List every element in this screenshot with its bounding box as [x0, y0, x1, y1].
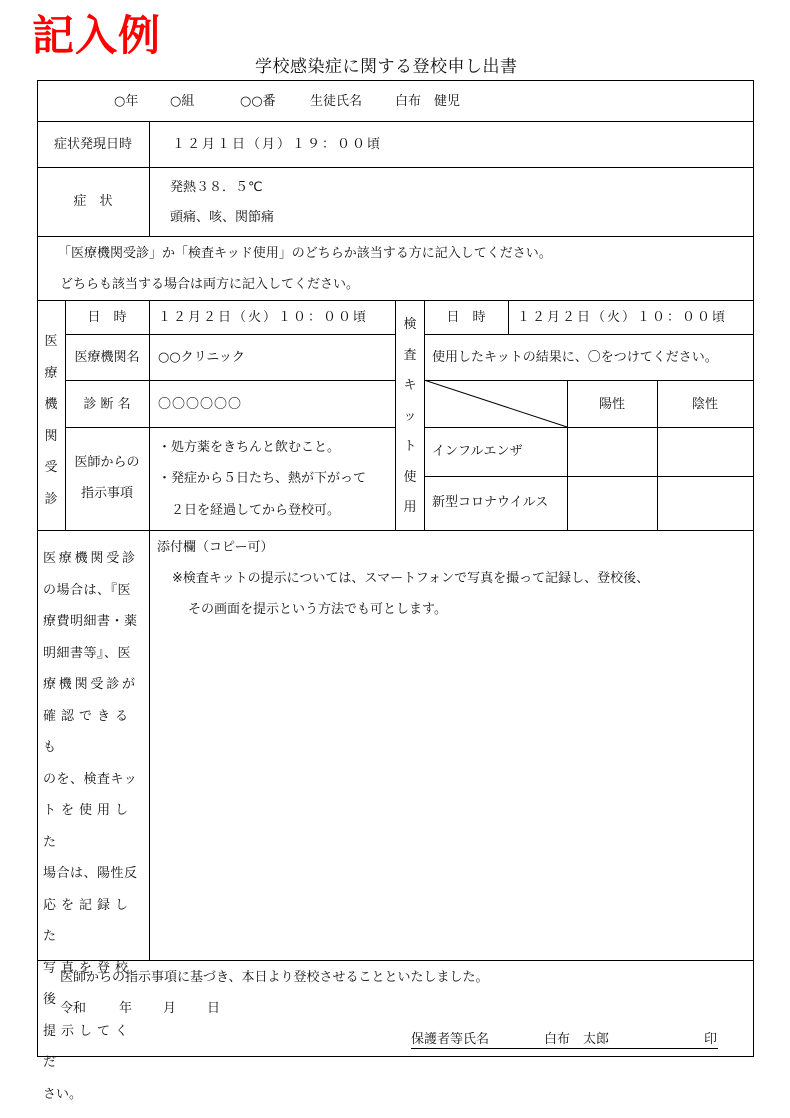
medical-datetime-value[interactable]: １２月２日（火）１０：００頃 [158, 310, 368, 326]
student-year[interactable]: ○年 [114, 94, 138, 110]
row-divider [424, 334, 754, 335]
student-number[interactable]: ○○番 [240, 94, 276, 110]
influenza-negative-cell[interactable] [658, 428, 753, 476]
notice-line-2: どちらも該当する場合は両方に記入してください。 [60, 277, 359, 293]
attachment-note-line-1: ※検査キットの提示については、スマートフォンで写真を撮って記録し、登校後、 [172, 571, 649, 587]
document-title: 学校感染症に関する登校申し出書 [255, 56, 518, 78]
col-divider [508, 300, 509, 334]
kit-row-influenza: インフルエンザ [432, 444, 522, 460]
sample-stamp: 記入例 [32, 12, 161, 60]
symptoms-label: 症 状 [37, 194, 149, 210]
instruction-line[interactable]: ２日を経過してから登校可。 [158, 503, 340, 519]
col-header-positive: 陽性 [567, 397, 657, 413]
border-right [753, 80, 754, 1057]
col-divider [149, 121, 150, 236]
attachment-area[interactable] [150, 620, 753, 960]
influenza-positive-cell[interactable] [568, 428, 657, 476]
day-label[interactable]: 日 [207, 1001, 220, 1017]
footer-statement: 医師からの指示事項に基づき、本日より登校させることといたしました。 [60, 970, 488, 986]
diagnosis-label: 診 断 名 [65, 397, 149, 413]
diagonal-line [424, 380, 568, 428]
institution-value[interactable]: ○○クリニック [158, 350, 245, 366]
row-divider [37, 121, 754, 122]
kit-datetime-value[interactable]: １２月２日（火）１０：００頃 [517, 310, 727, 326]
instruction-line[interactable]: ・発症から５日たち、熱が下がって [158, 471, 366, 487]
onset-value[interactable]: １２月１日（月）１９：００頃 [172, 137, 382, 153]
medical-section-label: 医 療 機 関 受 診 [37, 326, 65, 515]
instruction-line[interactable]: ・処方薬をきちんと飲むこと。 [158, 440, 340, 456]
kit-instruction: 使用したキットの結果に、〇をつけてください。 [432, 350, 718, 366]
row-divider [65, 427, 395, 428]
instructions-label-1: 医師からの [65, 455, 149, 471]
row-divider [37, 167, 754, 168]
border-top [37, 80, 754, 81]
kit-datetime-label: 日 時 [424, 310, 508, 326]
col-header-negative: 陰性 [657, 397, 753, 413]
institution-label: 医療機関名 [65, 350, 149, 366]
row-divider [65, 334, 395, 335]
row-divider [37, 530, 754, 531]
row-divider [65, 380, 395, 381]
border-left [37, 80, 38, 1057]
instructions-label-2: 指示事項 [65, 486, 149, 502]
diagnosis-value[interactable]: 〇〇〇〇〇〇 [158, 397, 242, 413]
notice-line-1: 「医療機関受診」か「検査キッド使用」のどちらか該当する方に記入してください。 [58, 246, 552, 262]
covid-positive-cell[interactable] [568, 477, 657, 530]
student-class[interactable]: ○組 [170, 94, 194, 110]
guardian-label: 保護者等氏名 [411, 1032, 489, 1048]
covid-negative-cell[interactable] [658, 477, 753, 530]
guardian-name[interactable]: 白布 太郎 [544, 1032, 609, 1048]
symptom-line[interactable]: 発熱３８．５℃ [170, 180, 263, 196]
medical-datetime-label: 日 時 [65, 310, 149, 326]
attachment-side-note: 医療機関受診 の場合は、『医 療費明細書・薬 明細書等』、医 療機関受診が 確認… [43, 543, 147, 1110]
era-label: 令和 [60, 1001, 86, 1017]
year-label[interactable]: 年 [119, 1001, 132, 1017]
signature-underline [411, 1048, 718, 1049]
onset-label: 症状発現日時 [37, 137, 149, 153]
student-name-value[interactable]: 白布 健児 [395, 94, 460, 110]
col-divider [149, 300, 150, 530]
seal-mark: 印 [704, 1032, 717, 1048]
student-name-label: 生徒氏名 [310, 94, 362, 110]
symptom-line[interactable]: 頭痛、咳、関節痛 [170, 210, 274, 226]
attachment-note-line-2: その画面を提示という方法でも可とします。 [188, 602, 447, 618]
kit-row-covid: 新型コロナウイルス [432, 495, 548, 511]
kit-section-label: 検 査 キ ッ ト 使 用 [396, 310, 424, 524]
attachment-header: 添付欄（コピー可） [157, 540, 273, 556]
row-divider [37, 236, 754, 237]
month-label[interactable]: 月 [163, 1001, 176, 1017]
